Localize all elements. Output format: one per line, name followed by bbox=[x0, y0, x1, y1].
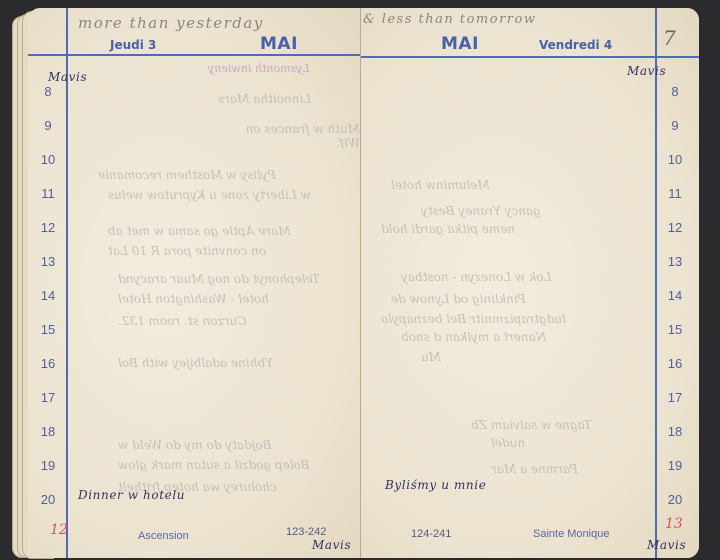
right-page: & less than tomorrow MAI Vendredi 4 7 Ma… bbox=[360, 8, 699, 558]
hour-label: 12 bbox=[36, 220, 60, 235]
bleed-through-text: ludgtrapizmnitr Bel beznapylo bbox=[381, 312, 566, 326]
hour-label: 20 bbox=[36, 492, 60, 507]
hour-label: 17 bbox=[36, 390, 60, 405]
hour-label: 16 bbox=[36, 356, 60, 371]
bleed-through-text: Mare Aptle go sama w met ab bbox=[108, 224, 290, 238]
bleed-through-text: Meluminw hotel bbox=[391, 178, 490, 192]
page-number: 7 bbox=[663, 26, 676, 50]
diary-entry: Dinner w hotelu bbox=[78, 488, 185, 502]
margin-rule bbox=[66, 8, 68, 558]
hour-label: 16 bbox=[663, 356, 687, 371]
left-page: more than yesterday Jeudi 3 MAI Mavis 8 … bbox=[28, 8, 360, 558]
hour-label: 17 bbox=[663, 390, 687, 405]
feast-day: Sainte Monique bbox=[533, 528, 609, 540]
location-note: Mavis bbox=[48, 70, 87, 84]
bleed-through-text: gancy Yraney Besty bbox=[421, 204, 541, 218]
hour-label: 11 bbox=[663, 186, 687, 201]
bleed-through-text: Bojdaty do my do Weld w bbox=[118, 438, 272, 452]
hour-label: 15 bbox=[36, 322, 60, 337]
bleed-through-text: Muth w frances on Wif. bbox=[228, 122, 360, 150]
hour-label: 12 bbox=[663, 220, 687, 235]
day-label: Jeudi 3 bbox=[110, 38, 156, 52]
day-count: 123-242 bbox=[286, 526, 326, 538]
bleed-through-text: on convnite pora R 10 Lat bbox=[108, 244, 266, 258]
week-number: 13 bbox=[665, 516, 683, 532]
hour-label: 9 bbox=[663, 118, 687, 133]
bleed-through-text: w Liberty zone u Kyprutow welus bbox=[108, 188, 311, 202]
margin-rule bbox=[655, 8, 657, 558]
bleed-through-text: Parmne a Mar bbox=[491, 462, 578, 476]
header-rule bbox=[28, 54, 360, 56]
bleed-through-text: Lysmonth inwieny bbox=[208, 62, 309, 75]
bleed-through-text: neme pitka gardi hold bbox=[381, 222, 515, 236]
location-note: Mavis bbox=[647, 538, 686, 552]
pencil-note: more than yesterday bbox=[78, 14, 264, 32]
month-label: MAI bbox=[260, 34, 298, 54]
diary-entry: Byliśmy u mnie bbox=[385, 478, 486, 492]
hour-label: 11 bbox=[36, 186, 60, 201]
hour-label: 10 bbox=[663, 152, 687, 167]
bleed-through-text: Pylisy w Mosthem recomanie bbox=[98, 168, 276, 182]
bleed-through-text: Tagne w salviam Zb bbox=[471, 418, 592, 432]
hour-label: 14 bbox=[663, 288, 687, 303]
hour-label: 9 bbox=[36, 118, 60, 133]
month-label: MAI bbox=[441, 34, 479, 54]
header-rule bbox=[361, 56, 699, 58]
bleed-through-text: Linnoitha Mars bbox=[218, 92, 311, 106]
hour-label: 18 bbox=[36, 424, 60, 439]
bleed-through-text: Ybhine adalbijey with Bol bbox=[118, 356, 273, 370]
hour-label: 13 bbox=[36, 254, 60, 269]
hour-label: 19 bbox=[36, 458, 60, 473]
hour-label: 20 bbox=[663, 492, 687, 507]
hour-label: 8 bbox=[663, 84, 687, 99]
day-label: Vendredi 4 bbox=[539, 38, 612, 52]
bleed-through-text: Telephonyt do nog Muar aracynd bbox=[118, 272, 320, 286]
bleed-through-text: Pinklinig od Lynow de bbox=[391, 292, 526, 306]
pencil-note: & less than tomorrow bbox=[363, 12, 536, 27]
bleed-through-text: Nanerl a mylkan d snob bbox=[401, 330, 546, 344]
day-count: 124-241 bbox=[411, 528, 451, 540]
hour-label: 14 bbox=[36, 288, 60, 303]
hour-label: 19 bbox=[663, 458, 687, 473]
bleed-through-text: Mu bbox=[421, 350, 441, 364]
location-note: Mavis bbox=[312, 538, 351, 552]
bleed-through-text: Lok w Lonezyn - nostbay bbox=[401, 270, 551, 284]
hour-label: 10 bbox=[36, 152, 60, 167]
bleed-through-text: Curzon st. room 132. bbox=[118, 314, 246, 328]
bleed-through-text: nudel bbox=[491, 436, 525, 450]
bleed-through-text: Bolep godzil a sutan mark glow bbox=[118, 458, 310, 472]
bleed-through-text: hotel - Washington Hotel bbox=[118, 292, 269, 306]
hour-label: 13 bbox=[663, 254, 687, 269]
feast-day: Ascension bbox=[138, 530, 189, 542]
hour-label: 8 bbox=[36, 84, 60, 99]
location-note: Mavis bbox=[627, 64, 666, 78]
hour-label: 18 bbox=[663, 424, 687, 439]
week-number: 12 bbox=[50, 522, 68, 538]
diary-spread: more than yesterday Jeudi 3 MAI Mavis 8 … bbox=[12, 6, 700, 558]
hour-label: 15 bbox=[663, 322, 687, 337]
